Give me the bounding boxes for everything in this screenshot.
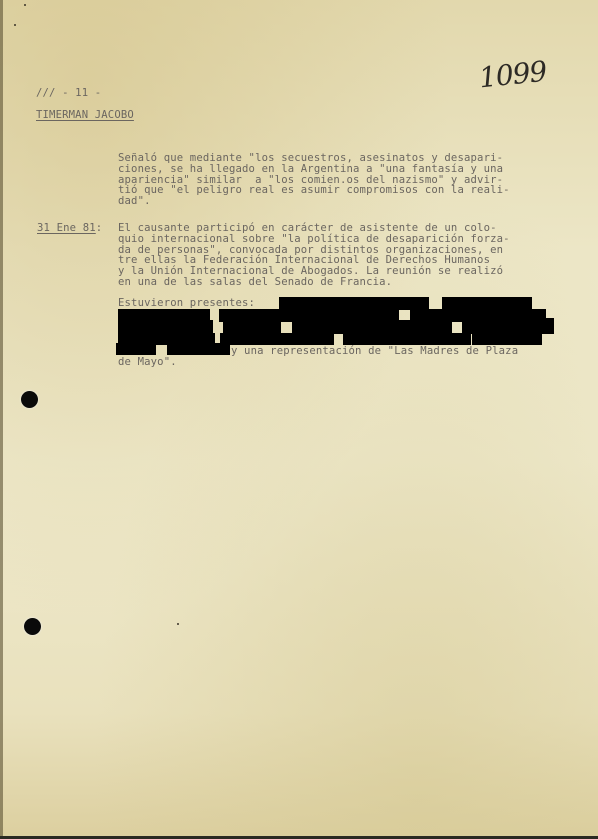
redaction-block [292,320,452,334]
closing-line: de Mayo". [118,357,177,368]
redaction-block [167,343,230,355]
redaction-block [472,333,542,345]
redaction-block [343,333,471,345]
redaction-block [462,318,554,334]
redaction-block [220,333,334,345]
text-line: tió que "el peligro real es asumir compr… [118,185,510,196]
paper-speck [24,4,26,6]
text-line: quio internacional sobre "la política de… [118,234,510,245]
closing-line: y una representación de "Las Madres de P… [231,346,518,357]
paragraph-quote: Señaló que mediante "los secuestros, ase… [118,153,510,207]
redaction-block [118,320,213,334]
handwritten-folio-number: 1099 [477,55,547,95]
paper-speck [177,623,179,625]
redaction-block [223,320,281,334]
entry-date: 31 Ene 81 [37,222,96,234]
document-page: /// - 11 - TIMERMAN JACOBO 1099 Señaló q… [0,0,598,839]
page-edge-left [0,0,3,839]
page-marker: /// - 11 - [36,88,101,99]
text-line: dad". [118,196,510,207]
punch-hole [21,391,38,408]
entry-paragraph: El causante participó en carácter de asi… [118,223,510,288]
redaction-block [116,343,156,355]
subject-name: TIMERMAN JACOBO [36,110,134,121]
text-line: ciones, se ha llegado en la Argentina a … [118,164,510,175]
entry-separator: : [96,222,103,234]
text-line: en una de las salas del Senado de Franci… [118,277,510,288]
entry-date-label: 31 Ene 81: [37,223,102,234]
attendees-label: Estuvieron presentes: [118,298,255,309]
punch-hole [24,618,41,635]
paper-speck [14,24,16,26]
